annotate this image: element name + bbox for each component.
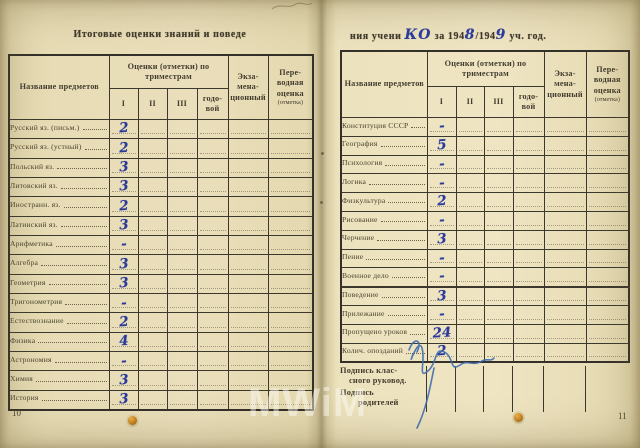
grade-cell-term2 [138, 313, 167, 332]
col-header-term-1: I [109, 89, 138, 120]
subject-row: Психология- [341, 155, 629, 174]
transfer-note: (отметка) [270, 99, 312, 107]
grade-cell-year [197, 274, 228, 293]
grade-cell-exam [228, 178, 268, 197]
grade-cell-exam [544, 305, 586, 324]
grade-cell-term3 [167, 216, 197, 235]
grade-cell-term2 [138, 390, 167, 409]
handwritten-year-2: 9 [496, 27, 507, 43]
grade-cell-transfer [268, 216, 313, 235]
subject-label: Пение [342, 253, 363, 264]
grade-cell-transfer [268, 255, 313, 274]
dotted-leader [49, 283, 107, 285]
subject-label: Пропущено уроков [342, 328, 407, 339]
grade-cell-year [197, 390, 228, 409]
subject-row: Конституция СССР- [341, 118, 629, 137]
col-header-term-2: II [138, 89, 167, 120]
grade-cell-exam [228, 255, 268, 274]
dotted-leader [56, 245, 107, 247]
page-left: Итоговые оценки знаний и поведе Название… [0, 0, 320, 448]
grade-cell-term2 [138, 294, 167, 313]
subject-cell: Русский яз. (устный) [9, 139, 109, 158]
dotted-leader [385, 164, 424, 166]
grade-cell-year [513, 118, 544, 137]
subject-row: Латинский яз.3 [9, 216, 313, 235]
transfer-label: Пере-водная оценка [594, 65, 621, 95]
subject-cell: Латинский яз. [9, 216, 109, 235]
subject-cell: Рисование [341, 211, 427, 230]
subject-cell: Прилежание [341, 305, 427, 324]
dotted-leader [38, 341, 106, 343]
subject-label: Черчение [342, 234, 374, 245]
subject-row: Тригонометрия- [9, 294, 313, 313]
grade-cell-term1: - [427, 118, 456, 137]
parents-signature-label: Подпись родителей [340, 388, 426, 407]
grade-cell-exam [228, 120, 268, 139]
handwritten-grade: 2 [427, 194, 456, 209]
subject-label: Русский яз. (устный) [10, 143, 82, 154]
grade-cell-exam [228, 371, 268, 390]
dotted-leader [61, 225, 107, 227]
grade-cell-term3 [484, 324, 513, 343]
handwritten-grade: 3 [109, 276, 138, 291]
grade-cell-term1: 3 [109, 274, 138, 293]
subject-label: Физика [10, 337, 35, 348]
grade-cell-year [197, 313, 228, 332]
label-line: сного руковод. [340, 376, 426, 386]
subject-row: Польский яз.3 [9, 158, 313, 177]
grade-cell-term2 [138, 216, 167, 235]
grade-cell-term1: 4 [109, 332, 138, 351]
subject-label: Колич. опозданий [342, 347, 403, 358]
grade-cell-term2 [138, 197, 167, 216]
handwritten-grade: 3 [109, 373, 138, 388]
handwritten-grade: - [427, 213, 456, 228]
grade-cell-transfer [268, 371, 313, 390]
grade-cell-term2 [456, 230, 484, 249]
subject-cell: Арифметика [9, 236, 109, 255]
subject-label: Прилежание [342, 310, 385, 321]
handwritten-grade: - [427, 251, 456, 266]
handwritten-grade: - [427, 269, 456, 284]
grade-cell-year [197, 197, 228, 216]
staple-rivet-left [128, 416, 137, 425]
col-header-transfer: Пере-водная оценка (отметка) [586, 51, 629, 118]
page-right: ния учени КО за 1948/1949 уч. год. Назва… [320, 0, 640, 448]
grade-cell-exam [228, 313, 268, 332]
subject-cell: Польский яз. [9, 158, 109, 177]
grade-cell-term3 [167, 178, 197, 197]
grade-cell-term1: - [109, 294, 138, 313]
subject-row: Арифметика- [9, 236, 313, 255]
grade-cell-transfer [268, 120, 313, 139]
grade-cell-term2 [138, 236, 167, 255]
grade-cell-term3 [167, 332, 197, 351]
grade-cell-transfer [268, 236, 313, 255]
grade-cell-transfer [586, 118, 629, 137]
col-header-exam: Экза-мена-ционный [228, 55, 268, 120]
subject-cell: Литовский яз. [9, 178, 109, 197]
grade-cell-exam [544, 287, 586, 306]
grade-cell-term3 [484, 155, 513, 174]
dotted-leader [366, 258, 424, 260]
binding-speck [321, 152, 324, 155]
subject-label: Поведение [342, 291, 379, 302]
subject-row: Пропущено уроков24 [341, 324, 629, 343]
grade-cell-term3 [167, 158, 197, 177]
grade-cell-exam [228, 236, 268, 255]
subject-label: Литовский яз. [10, 182, 58, 193]
handwritten-grade: 24 [427, 326, 456, 341]
subject-row: Геометрия3 [9, 274, 313, 293]
grade-cell-year [513, 324, 544, 343]
grade-cell-term1: 3 [109, 178, 138, 197]
parents-signature-row: Подпись родителей [340, 388, 628, 412]
grade-cell-year [197, 294, 228, 313]
grade-cell-term1: 3 [109, 158, 138, 177]
table-header: Название предметов Оценки (отметки) по т… [9, 55, 313, 120]
handwritten-year-1: 8 [465, 27, 476, 43]
subject-cell: Черчение [341, 230, 427, 249]
grade-cell-transfer [268, 274, 313, 293]
grade-cell-term3 [484, 211, 513, 230]
subject-row: Рисование- [341, 211, 629, 230]
grade-cell-term2 [456, 193, 484, 212]
dotted-leader [67, 322, 107, 324]
grade-cell-term2 [138, 332, 167, 351]
subject-label: Арифметика [10, 240, 53, 251]
grade-cell-term1: - [109, 236, 138, 255]
subject-cell: Астрономия [9, 352, 109, 371]
grade-cell-term2 [456, 155, 484, 174]
col-header-exam: Экза-мена-ционный [544, 51, 586, 118]
subject-cell: Химия [9, 371, 109, 390]
grade-cell-year [513, 268, 544, 287]
subject-cell: Военное дело [341, 268, 427, 287]
subject-row: Иностранн. яз.2 [9, 197, 313, 216]
grade-cell-term3 [167, 197, 197, 216]
grade-cell-term1: 2 [109, 120, 138, 139]
dotted-leader [64, 206, 107, 208]
subject-cell: Геометрия [9, 274, 109, 293]
report-card-scan: Итоговые оценки знаний и поведе Название… [0, 0, 640, 448]
teacher-signature-label: Подпись клас- сного руковод. [340, 366, 426, 385]
subject-cell: Логика [341, 174, 427, 193]
grade-cell-term2 [138, 255, 167, 274]
grade-cell-exam [228, 274, 268, 293]
handwritten-grade: - [427, 119, 456, 134]
dotted-leader [392, 276, 425, 278]
subject-row: Русский яз. (письм.)2 [9, 120, 313, 139]
grade-cell-year [513, 230, 544, 249]
grade-cell-term2 [138, 139, 167, 158]
grade-cell-term3 [484, 305, 513, 324]
page-number-left: 10 [12, 408, 21, 418]
subject-cell: Поведение [341, 287, 427, 306]
grade-cell-year [197, 178, 228, 197]
handwritten-grade: 3 [427, 232, 456, 247]
col-header-transfer: Пере-водная оценка (отметка) [268, 55, 313, 120]
subject-label: География [342, 140, 378, 151]
staple-rivet-right [514, 413, 523, 422]
grade-cell-year [513, 155, 544, 174]
subject-row: Литовский яз.3 [9, 178, 313, 197]
grade-cell-term2 [138, 158, 167, 177]
subject-cell: Психология [341, 155, 427, 174]
grade-cell-term3 [484, 118, 513, 137]
label-line: Подпись клас- [340, 366, 397, 375]
grade-cell-term3 [167, 236, 197, 255]
grade-cell-term1: 3 [109, 255, 138, 274]
subject-label: Иностранн. яз. [10, 201, 61, 212]
grade-cell-transfer [268, 332, 313, 351]
col-header-term-1: I [427, 87, 456, 118]
grade-cell-term1: 2 [109, 313, 138, 332]
grade-cell-transfer [268, 294, 313, 313]
grade-cell-exam [228, 197, 268, 216]
grades-table-right: Название предметов Оценки (отметки) по т… [340, 50, 630, 363]
grade-cell-exam [228, 216, 268, 235]
grade-cell-year [513, 305, 544, 324]
subject-label: Тригонометрия [10, 298, 62, 309]
subject-cell: История [9, 390, 109, 409]
grade-cell-term3 [484, 249, 513, 268]
subject-row: Логика- [341, 174, 629, 193]
grade-cell-term2 [456, 136, 484, 155]
dotted-leader [41, 264, 106, 266]
grade-cell-term3 [484, 287, 513, 306]
grade-cell-year [513, 249, 544, 268]
grade-cell-term1: 2 [109, 139, 138, 158]
col-header-trimester-grades: Оценки (отметки) по триместрам [427, 51, 544, 87]
grade-cell-term3 [167, 313, 197, 332]
grade-cell-exam [228, 352, 268, 371]
grade-cell-term3 [484, 268, 513, 287]
handwritten-grade: 2 [109, 141, 138, 156]
grade-cell-term3 [167, 390, 197, 409]
grade-cell-term3 [484, 174, 513, 193]
subject-cell: Физика [9, 332, 109, 351]
grade-cell-term1: 3 [427, 287, 456, 306]
subject-cell: Тригонометрия [9, 294, 109, 313]
grade-cell-year [197, 371, 228, 390]
dotted-leader [65, 303, 106, 305]
dotted-leader [85, 148, 107, 150]
handwritten-grade: 2 [109, 315, 138, 330]
grade-cell-transfer [268, 197, 313, 216]
grade-cell-year [513, 287, 544, 306]
grade-cell-term3 [484, 230, 513, 249]
subject-label: Геометрия [10, 279, 46, 290]
handwritten-grade: 3 [109, 392, 138, 407]
grade-cell-transfer [586, 136, 629, 155]
col-header-term-2: II [456, 87, 484, 118]
grade-cell-term2 [138, 352, 167, 371]
subject-label: Естествознание [10, 317, 64, 328]
subject-label: Военное дело [342, 272, 389, 283]
dotted-leader [388, 201, 424, 203]
grade-cell-transfer [586, 268, 629, 287]
grade-cell-year [513, 211, 544, 230]
grade-cell-term1: - [109, 352, 138, 371]
subject-cell: Колич. опозданий [341, 343, 427, 362]
grade-cell-term2 [456, 287, 484, 306]
grade-cell-term3 [484, 193, 513, 212]
subject-label: Алгебра [10, 259, 38, 270]
grade-cell-exam [544, 155, 586, 174]
grade-cell-transfer [586, 174, 629, 193]
grade-cell-exam [228, 294, 268, 313]
grade-cell-transfer [268, 352, 313, 371]
handwritten-grade: - [427, 176, 456, 191]
grade-cell-year [197, 158, 228, 177]
grade-cell-term1: - [427, 268, 456, 287]
title-printed-mid2: /194 [475, 31, 495, 42]
grade-cell-transfer [586, 155, 629, 174]
grade-cell-transfer [268, 139, 313, 158]
grade-cell-exam [544, 211, 586, 230]
grade-cell-transfer [586, 343, 629, 362]
dotted-leader [381, 145, 425, 147]
grade-cell-term3 [167, 120, 197, 139]
handwritten-grade: 2 [109, 199, 138, 214]
grade-cell-term3 [167, 294, 197, 313]
grade-cell-term2 [456, 324, 484, 343]
handwritten-grade: 2 [109, 121, 138, 136]
grade-cell-term2 [456, 268, 484, 287]
handwritten-grade: 2 [427, 344, 456, 359]
grade-cell-year [197, 120, 228, 139]
grade-cell-exam [544, 324, 586, 343]
table-header: Название предметов Оценки (отметки) по т… [341, 51, 629, 118]
grade-cell-term3 [167, 274, 197, 293]
dotted-leader [377, 239, 424, 241]
grade-cell-term2 [456, 174, 484, 193]
grade-cell-term1: - [427, 155, 456, 174]
grade-cell-term2 [138, 120, 167, 139]
grade-cell-term3 [484, 136, 513, 155]
grade-cell-term1: 3 [427, 230, 456, 249]
grade-cell-term2 [456, 249, 484, 268]
grade-cell-year [197, 255, 228, 274]
grade-cell-year [513, 193, 544, 212]
grade-cell-term2 [456, 211, 484, 230]
subject-label: Физкультура [342, 197, 385, 208]
grade-cell-exam [544, 118, 586, 137]
teacher-signature-row: Подпись клас- сного руковод. [340, 366, 628, 388]
handwritten-grade: 3 [109, 218, 138, 233]
subject-row: Физкультура2 [341, 193, 629, 212]
subject-row: Прилежание- [341, 305, 629, 324]
subject-row: Физика4 [9, 332, 313, 351]
grade-cell-term1: 3 [109, 390, 138, 409]
grade-cell-transfer [586, 249, 629, 268]
grade-cell-term1: 3 [109, 216, 138, 235]
grade-cell-term3 [484, 343, 513, 362]
dotted-leader [388, 314, 425, 316]
grade-cell-year [197, 236, 228, 255]
subject-label: Химия [10, 375, 33, 386]
grade-cell-term2 [138, 274, 167, 293]
grade-cell-term1: 5 [427, 136, 456, 155]
dotted-leader [411, 126, 424, 128]
dotted-leader [61, 187, 107, 189]
subject-row: История3 [9, 390, 313, 409]
handwritten-grade: 4 [109, 334, 138, 349]
grade-cell-transfer [268, 313, 313, 332]
grade-cell-term1: - [427, 249, 456, 268]
label-line: Подпись [340, 388, 374, 397]
subject-label: Русский яз. (письм.) [10, 124, 80, 135]
grade-cell-exam [544, 174, 586, 193]
col-header-subjects: Название предметов [9, 55, 109, 120]
grade-cell-exam [544, 343, 586, 362]
grade-cell-year [513, 174, 544, 193]
subject-label: История [10, 394, 39, 405]
grade-cell-exam [544, 136, 586, 155]
grade-cell-transfer [586, 193, 629, 212]
handwritten-grade: 3 [109, 160, 138, 175]
transfer-label: Пере-водная оценка [277, 68, 304, 98]
grade-cell-transfer [268, 158, 313, 177]
title-printed-mid: за 194 [435, 31, 465, 42]
table-body: Русский яз. (письм.)2Русский яз. (устный… [9, 120, 313, 410]
binding-speck [320, 201, 323, 204]
subject-label: Польский яз. [10, 163, 54, 174]
dotted-leader [369, 183, 424, 185]
subject-row: Черчение3 [341, 230, 629, 249]
grade-cell-term1: 24 [427, 324, 456, 343]
subject-cell: Алгебра [9, 255, 109, 274]
subject-label: Психология [342, 159, 382, 170]
subject-label: Рисование [342, 216, 378, 227]
subject-row: Колич. опозданий2 [341, 343, 629, 362]
col-header-subjects: Название предметов [341, 51, 427, 118]
table-body: Конституция СССР-География5Психология-Ло… [341, 118, 629, 362]
col-header-term-3: III [167, 89, 197, 120]
subject-row: Поведение3 [341, 287, 629, 306]
grade-cell-term1: - [427, 211, 456, 230]
grade-cell-term2 [138, 178, 167, 197]
handwritten-grade: 3 [427, 289, 456, 304]
subject-row: Пение- [341, 249, 629, 268]
grade-cell-term1: 2 [427, 193, 456, 212]
handwritten-class: КО [405, 27, 432, 43]
signature-block: Подпись клас- сного руковод. Подпись род… [340, 366, 628, 412]
subject-label: Логика [342, 178, 366, 189]
grade-cell-year [197, 332, 228, 351]
grade-cell-exam [544, 268, 586, 287]
grade-cell-term3 [167, 352, 197, 371]
subject-label: Конституция СССР [342, 122, 408, 133]
subject-label: Астрономия [10, 356, 52, 367]
col-header-trimester-grades: Оценки (отметки) по триместрам [109, 55, 228, 89]
grade-cell-transfer [586, 211, 629, 230]
grade-cell-year [197, 216, 228, 235]
handwritten-grade: - [109, 354, 138, 369]
grade-cell-transfer [586, 230, 629, 249]
grade-cell-term3 [167, 255, 197, 274]
grade-cell-exam [228, 158, 268, 177]
label-line: родителей [340, 398, 426, 408]
grade-cell-transfer [586, 324, 629, 343]
grade-cell-term2 [456, 305, 484, 324]
subject-row: Естествознание2 [9, 313, 313, 332]
col-header-year: годо-вой [197, 89, 228, 120]
handwritten-grade: - [109, 238, 138, 253]
grade-cell-year [513, 136, 544, 155]
grade-cell-exam [544, 193, 586, 212]
